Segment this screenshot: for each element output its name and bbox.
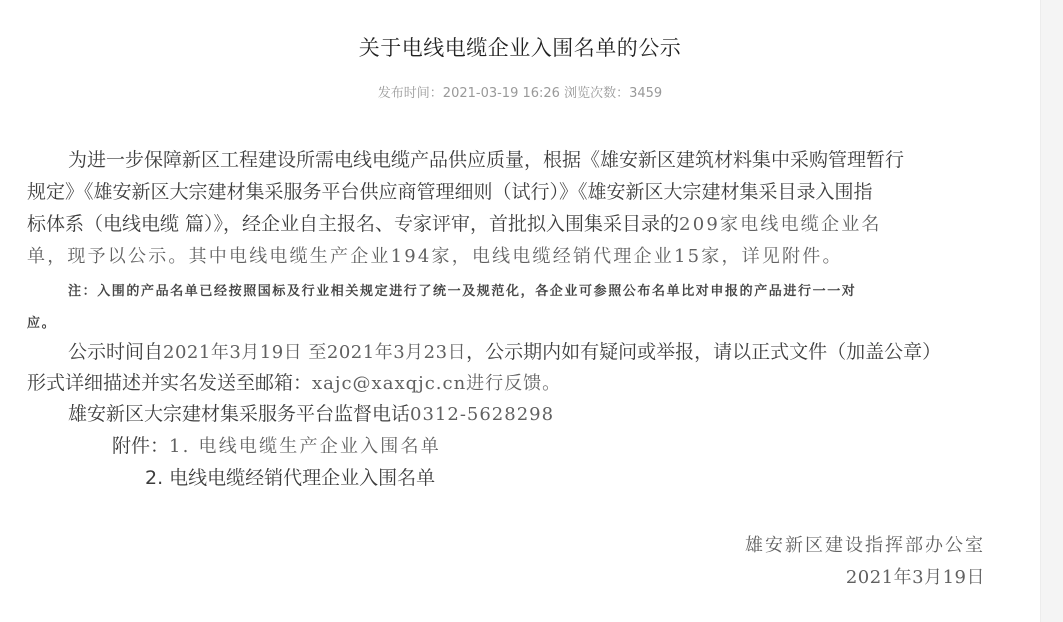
- paragraph-1-line-1: 为进一步保障新区工程建设所需电线电缆产品供应质量，根据《雄安新区建筑材料集中采购…: [68, 148, 904, 172]
- note-line-2: 应。: [27, 312, 56, 331]
- note-line-1: 注：入围的产品名单已经按照国标及行业相关规定进行了统一及规范化，各企业可参照公布…: [68, 280, 856, 299]
- article: 关于电线电缆企业入围名单的公示 发布时间：2021-03-19 16:26 浏览…: [0, 0, 1040, 622]
- paragraph-2-line-1: 公示时间自2021年3月19日 至2021年3月23日，公示期内如有疑问或举报，…: [68, 340, 941, 365]
- article-meta: 发布时间：2021-03-19 16:26 浏览次数：3459: [0, 82, 1040, 101]
- attachment-line-2: 2. 电线电缆经销代理企业入围名单: [145, 466, 435, 490]
- supervision-phone: 0312-5628298: [410, 404, 554, 425]
- attachment-line-1: 附件：1. 电线电缆生产企业入围名单: [112, 434, 441, 459]
- signature-org: 雄安新区建设指挥部办公室: [745, 531, 985, 557]
- supervision-line: 雄安新区大宗建材集采服务平台监督电话0312-5628298: [68, 402, 554, 427]
- attachment-link-1[interactable]: 1. 电线电缆生产企业入围名单: [169, 436, 441, 457]
- scrollbar-track[interactable]: [1040, 0, 1063, 622]
- signature-date: 2021年3月19日: [846, 563, 985, 589]
- view-count-label: 浏览次数：: [564, 86, 629, 101]
- paragraph-2-line-2: 形式详细描述并实名发送至邮箱：xajc@xaxqjc.cn进行反馈。: [27, 371, 561, 396]
- paragraph-1-line-2: 规定》《雄安新区大宗建材集采服务平台供应商管理细则（试行）》《雄安新区大宗建材集…: [27, 180, 873, 204]
- page-title: 关于电线电缆企业入围名单的公示: [0, 32, 1040, 62]
- paragraph-1-line-4: 单，现予以公示。其中电线电缆生产企业194家，电线电缆经销代理企业15家，详见附…: [27, 244, 843, 269]
- publish-time: 2021-03-19 16:26: [443, 86, 560, 101]
- attachment-link-2[interactable]: 2. 电线电缆经销代理企业入围名单: [145, 467, 435, 489]
- view-count: 3459: [629, 86, 662, 101]
- contact-email: xajc@xaxqjc.cn进行反馈。: [312, 373, 561, 394]
- paragraph-1-line-3: 标体系（电线电缆 篇）》，经企业自主报名、专家评审，首批拟入围集采目录的209家…: [27, 212, 882, 237]
- publish-time-label: 发布时间：: [378, 86, 443, 101]
